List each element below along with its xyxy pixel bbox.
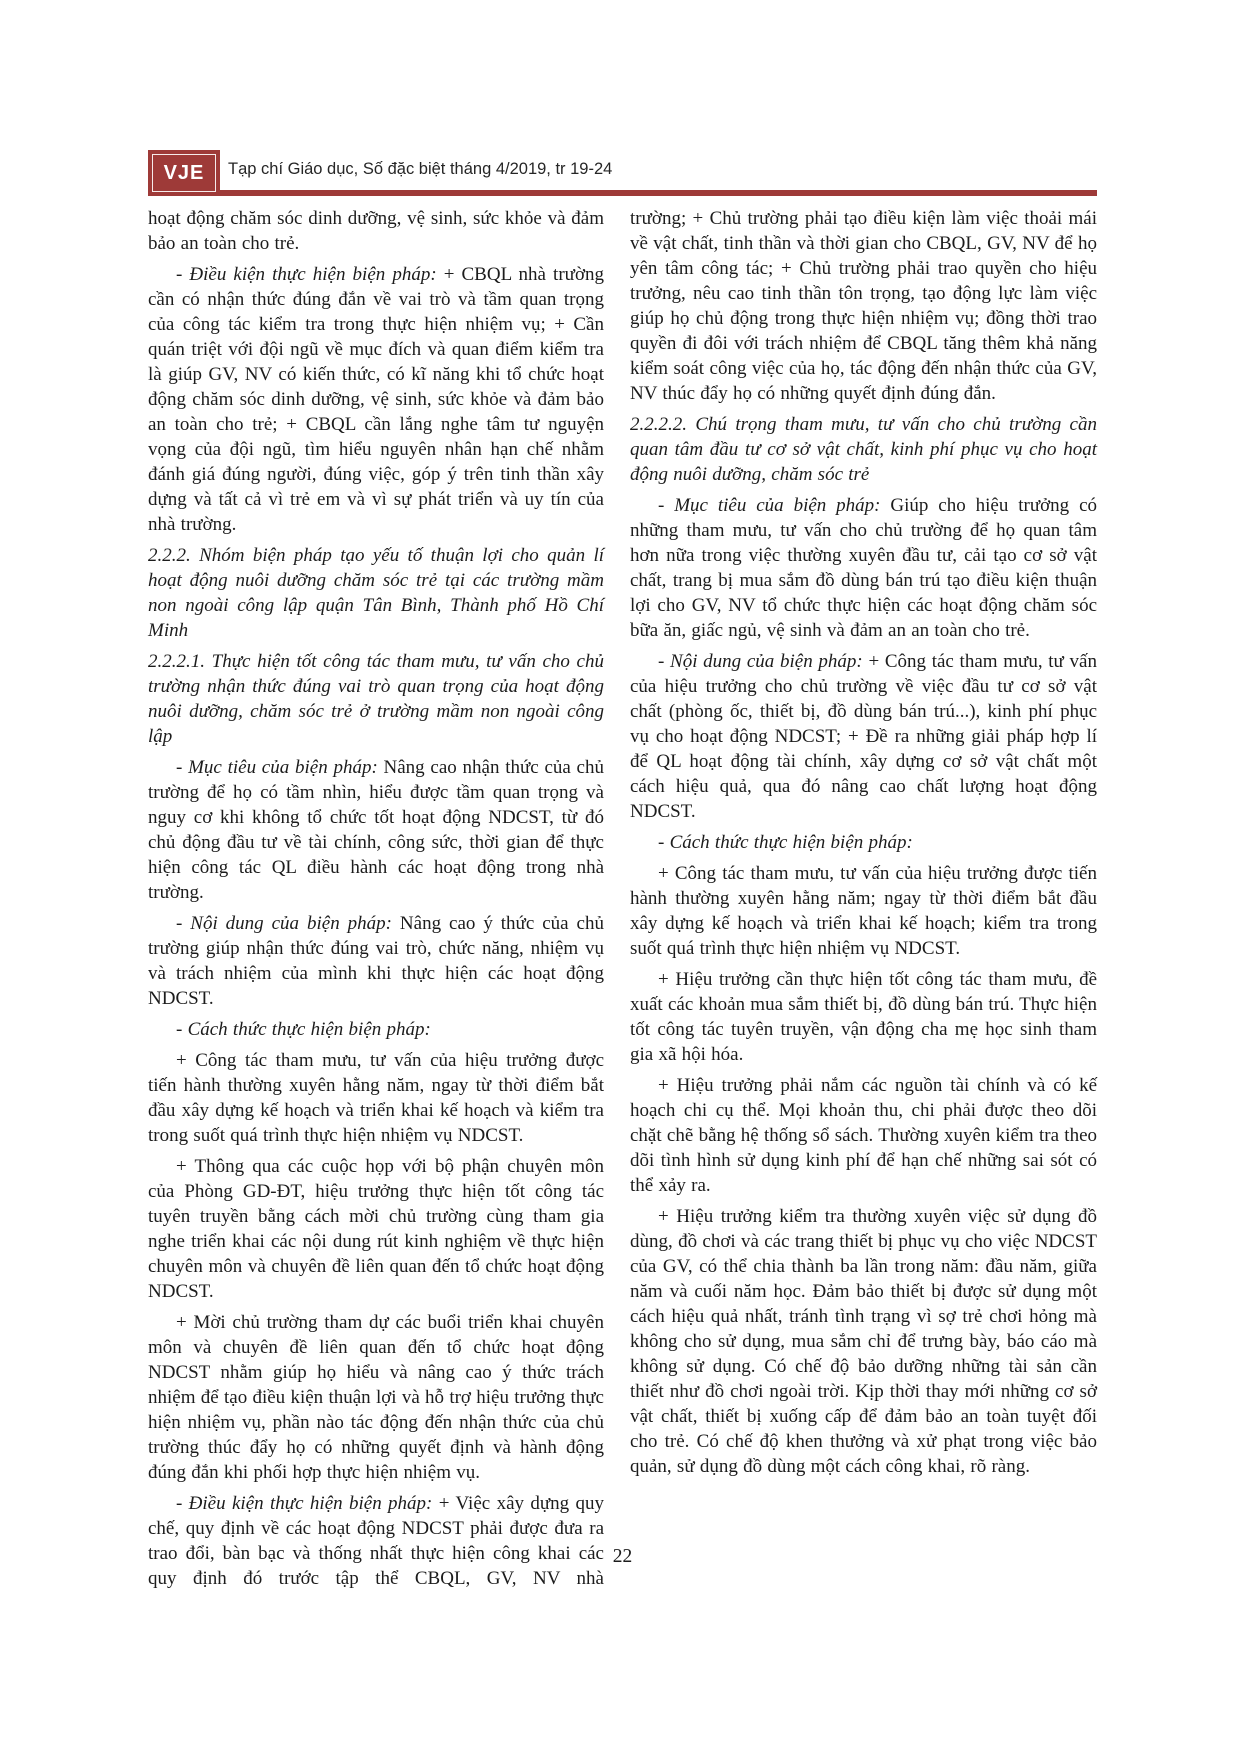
paragraph-text: Nâng cao nhận thức của chủ trường để họ … bbox=[148, 757, 604, 903]
paragraph-text: + Công tác tham mưu, tư vấn của hiệu trư… bbox=[148, 1050, 604, 1146]
paragraph-text: + Hiệu trưởng kiểm tra thường xuyên việc… bbox=[630, 1206, 1097, 1477]
paragraph-lead-italic: 2.2.2. Nhóm biện pháp tạo yếu tố thuận l… bbox=[148, 545, 604, 641]
paragraph: - Điều kiện thực hiện biện pháp: + Việc … bbox=[148, 1491, 604, 1591]
paragraph: - Cách thức thực hiện biện pháp: bbox=[148, 1017, 604, 1042]
paragraph: - Điều kiện thực hiện biện pháp: + CBQL … bbox=[148, 262, 604, 537]
paragraph-text: + Công tác tham mưu, tư vấn của hiệu trư… bbox=[630, 863, 1097, 959]
section-heading: 2.2.2. Nhóm biện pháp tạo yếu tố thuận l… bbox=[148, 543, 604, 643]
paragraph-text: + Mời chủ trường tham dự các buổi triển … bbox=[148, 1312, 604, 1483]
header-rule bbox=[220, 190, 1097, 196]
paragraph-text: + Hiệu trưởng phải nắm các nguồn tài chí… bbox=[630, 1075, 1097, 1196]
paragraph: + Hiệu trưởng cần thực hiện tốt công tác… bbox=[630, 967, 1097, 1067]
paragraph: trường; + Chủ trường phải tạo điều kiện … bbox=[630, 206, 1097, 406]
page-number: 22 bbox=[148, 1546, 1097, 1568]
paragraph: + Công tác tham mưu, tư vấn của hiệu trư… bbox=[148, 1048, 604, 1148]
paragraph-lead-italic: - Điều kiện thực hiện biện pháp: bbox=[176, 1493, 439, 1514]
paragraph-lead-italic: - Cách thức thực hiện biện pháp: bbox=[176, 1019, 431, 1040]
paragraph-text: + Thông qua các cuộc họp với bộ phận chu… bbox=[148, 1156, 604, 1302]
paragraph: - Nội dung của biện pháp: Nâng cao ý thứ… bbox=[148, 911, 604, 1011]
paragraph: + Hiệu trưởng phải nắm các nguồn tài chí… bbox=[630, 1073, 1097, 1198]
paragraph: - Cách thức thực hiện biện pháp: bbox=[630, 830, 1097, 855]
vje-logo-text: VJE bbox=[148, 150, 220, 196]
paragraph-lead-italic: 2.2.2.2. Chú trọng tham mưu, tư vấn cho … bbox=[630, 414, 1097, 485]
paragraph-lead-italic: - Cách thức thực hiện biện pháp: bbox=[658, 832, 913, 853]
paragraph-lead-italic: 2.2.2.1. Thực hiện tốt công tác tham mưu… bbox=[148, 651, 604, 747]
paragraph-lead-italic: - Nội dung của biện pháp: bbox=[176, 913, 400, 934]
vje-logo: VJE bbox=[148, 150, 220, 196]
paragraph-text: trường; + Chủ trường phải tạo điều kiện … bbox=[630, 208, 1097, 404]
paragraph: - Mục tiêu của biện pháp: Nâng cao nhận … bbox=[148, 755, 604, 905]
page-header: VJE Tạp chí Giáo dục, Số đặc biệt tháng … bbox=[148, 150, 1097, 196]
paragraph-lead-italic: - Điều kiện thực hiện biện pháp: bbox=[176, 264, 444, 285]
paragraph: + Hiệu trưởng kiểm tra thường xuyên việc… bbox=[630, 1204, 1097, 1479]
paragraph-text: + Hiệu trưởng cần thực hiện tốt công tác… bbox=[630, 969, 1097, 1065]
paragraph-text: Giúp cho hiệu trưởng có những tham mưu, … bbox=[630, 495, 1097, 641]
paragraph-text: + CBQL nhà trường cần có nhận thức đúng … bbox=[148, 264, 604, 535]
paragraph: - Mục tiêu của biện pháp: Giúp cho hiệu … bbox=[630, 493, 1097, 643]
journal-citation-line: Tạp chí Giáo dục, Số đặc biệt tháng 4/20… bbox=[228, 150, 612, 188]
paragraph: + Thông qua các cuộc họp với bộ phận chu… bbox=[148, 1154, 604, 1304]
paragraph: + Công tác tham mưu, tư vấn của hiệu trư… bbox=[630, 861, 1097, 961]
paragraph: + Mời chủ trường tham dự các buổi triển … bbox=[148, 1310, 604, 1485]
paragraph-lead-italic: - Nội dung của biện pháp: bbox=[658, 651, 868, 672]
paragraph: hoạt động chăm sóc dinh dưỡng, vệ sinh, … bbox=[148, 206, 604, 256]
right-column: trường; + Chủ trường phải tạo điều kiện … bbox=[630, 206, 1097, 1597]
left-column: hoạt động chăm sóc dinh dưỡng, vệ sinh, … bbox=[148, 206, 604, 1597]
paragraph-lead-italic: - Mục tiêu của biện pháp: bbox=[658, 495, 890, 516]
section-heading: 2.2.2.1. Thực hiện tốt công tác tham mưu… bbox=[148, 649, 604, 749]
paragraph-lead-italic: - Mục tiêu của biện pháp: bbox=[176, 757, 384, 778]
journal-page: VJE Tạp chí Giáo dục, Số đặc biệt tháng … bbox=[0, 0, 1240, 1754]
paragraph-text: + Công tác tham mưu, tư vấn của hiệu trư… bbox=[630, 651, 1097, 822]
article-body: hoạt động chăm sóc dinh dưỡng, vệ sinh, … bbox=[148, 206, 1097, 1597]
paragraph-text: hoạt động chăm sóc dinh dưỡng, vệ sinh, … bbox=[148, 208, 604, 254]
section-heading: 2.2.2.2. Chú trọng tham mưu, tư vấn cho … bbox=[630, 412, 1097, 487]
paragraph: - Nội dung của biện pháp: + Công tác tha… bbox=[630, 649, 1097, 824]
